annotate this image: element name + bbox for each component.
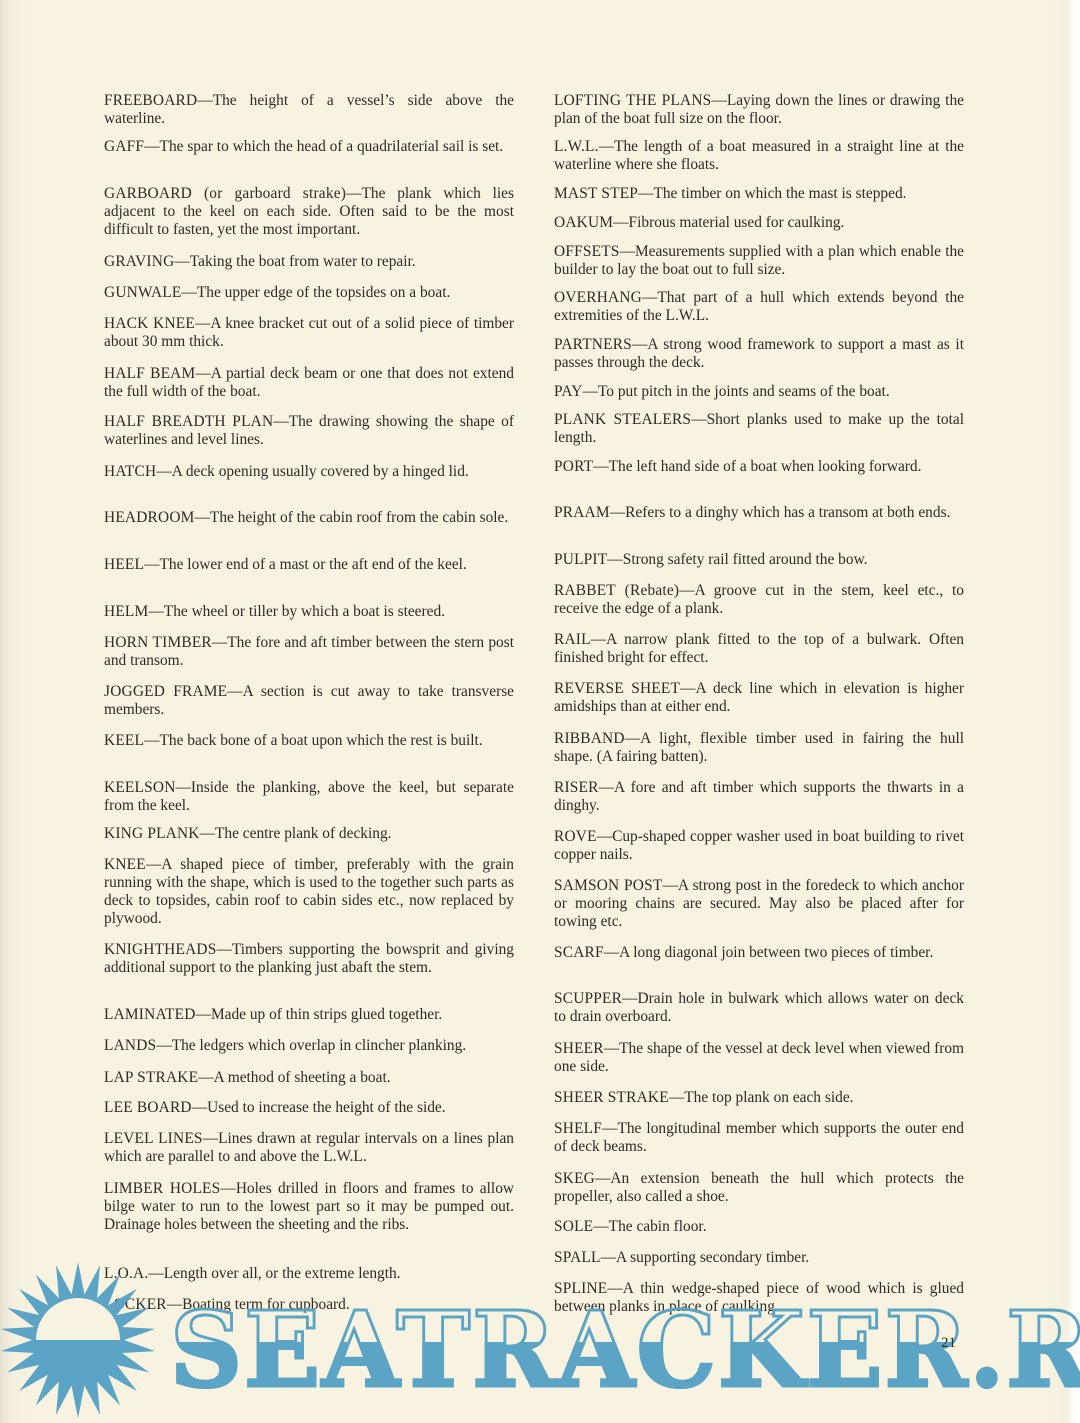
em-dash: — <box>148 603 163 620</box>
em-dash: — <box>638 185 653 202</box>
glossary-definition: To put pitch in the joints and seams of … <box>598 383 890 400</box>
glossary-term: RIBBAND <box>554 730 625 747</box>
glossary-entry: FREEBOARD—The height of a vessel’s side … <box>104 92 514 128</box>
em-dash: — <box>669 1089 684 1106</box>
glossary-term: RISER <box>554 779 599 796</box>
glossary-definition: The wheel or tiller by which a boat is s… <box>164 603 445 620</box>
glossary-definition: Refers to a dinghy which has a transom a… <box>625 504 950 521</box>
glossary-term: GUNWALE <box>104 284 181 301</box>
glossary-term: SPALL <box>554 1249 601 1266</box>
glossary-term: RAIL <box>554 631 591 648</box>
glossary-entry: L.O.A.—Length over all, or the extreme l… <box>104 1265 514 1283</box>
glossary-definition: Taking the boat from water to repair. <box>190 253 416 270</box>
glossary-definition: The height of the cabin roof from the ca… <box>210 509 508 526</box>
glossary-term: LIMBER HOLES <box>104 1180 220 1197</box>
glossary-definition: An extension beneath the hull which prot… <box>554 1170 964 1205</box>
book-page: FREEBOARD—The height of a vessel’s side … <box>0 0 1080 1423</box>
glossary-entry: SAMSON POST—A strong post in the foredec… <box>554 877 964 931</box>
em-dash: — <box>599 138 614 155</box>
em-dash: — <box>613 214 628 231</box>
glossary-entry: GAFF—The spar to which the head of a qua… <box>104 138 514 156</box>
em-dash: — <box>597 828 612 845</box>
glossary-entry: OVERHANG—That part of a hull which exten… <box>554 289 964 325</box>
em-dash: — <box>610 504 625 521</box>
glossary-entry: SOLE—The cabin floor. <box>554 1218 964 1236</box>
em-dash: — <box>195 315 210 332</box>
glossary-term: GAFF <box>104 138 144 155</box>
page-number: 21 <box>941 1335 956 1352</box>
em-dash: — <box>607 551 622 568</box>
glossary-entry: PARTNERS—A strong wood framework to supp… <box>554 336 964 372</box>
glossary-term: HACK KNEE <box>104 315 195 332</box>
glossary-term: KNEE <box>104 856 146 873</box>
glossary-definition: The ledgers which overlap in clincher pl… <box>172 1037 466 1054</box>
em-dash: — <box>593 458 608 475</box>
glossary-term: PULPIT <box>554 551 607 568</box>
glossary-term: SHELF <box>554 1120 602 1137</box>
glossary-term: SOLE <box>554 1218 593 1235</box>
em-dash: — <box>273 413 288 430</box>
glossary-entry: PULPIT—Strong safety rail fitted around … <box>554 551 964 569</box>
glossary-entry: SPALL—A supporting secondary timber. <box>554 1249 964 1267</box>
em-dash: — <box>680 680 695 697</box>
glossary-term: PARTNERS <box>554 336 632 353</box>
glossary-term: KEEL <box>104 732 144 749</box>
em-dash: — <box>144 138 159 155</box>
glossary-definition: Strong safety rail fitted around the bow… <box>623 551 868 568</box>
glossary-entry: OAKUM—Fibrous material used for caulking… <box>554 214 964 232</box>
glossary-entry: HEADROOM—The height of the cabin roof fr… <box>104 509 514 527</box>
glossary-term: PAY <box>554 383 583 400</box>
glossary-term: LAMINATED <box>104 1006 196 1023</box>
em-dash: — <box>632 336 647 353</box>
glossary-term: HALF BEAM <box>104 365 195 382</box>
glossary-entry: HELM—The wheel or tiller by which a boat… <box>104 603 514 621</box>
glossary-entry: SKEG—An extension beneath the hull which… <box>554 1170 964 1206</box>
em-dash: — <box>195 365 210 382</box>
em-dash: — <box>156 1037 171 1054</box>
glossary-definition: The cabin floor. <box>609 1218 707 1235</box>
em-dash: — <box>181 284 196 301</box>
em-dash: — <box>144 732 159 749</box>
glossary-term: SCARF <box>554 944 604 961</box>
glossary-term: SHEER STRAKE <box>554 1089 669 1106</box>
glossary-entry: SHELF—The longitudinal member which supp… <box>554 1120 964 1156</box>
em-dash: — <box>176 779 191 796</box>
em-dash: — <box>642 289 657 306</box>
glossary-entry: GARBOARD (or garboard strake)—The plank … <box>104 185 514 239</box>
glossary-term: KING PLANK <box>104 825 200 842</box>
glossary-entry: SCUPPER—Drain hole in bulwark which allo… <box>554 990 964 1026</box>
glossary-entry: MAST STEP—The timber on which the mast i… <box>554 185 964 203</box>
em-dash: — <box>662 877 677 894</box>
em-dash: — <box>583 383 598 400</box>
glossary-term: MAST STEP <box>554 185 638 202</box>
em-dash: — <box>595 1170 610 1187</box>
glossary-term: LAP STRAKE <box>104 1069 198 1086</box>
glossary-entry: LEVEL LINES—Lines drawn at regular inter… <box>104 1130 514 1166</box>
glossary-definition: A deck opening usually covered by a hing… <box>172 463 469 480</box>
glossary-definition: The timber on which the mast is stepped. <box>653 185 906 202</box>
glossary-entry: LOFTING THE PLANS—Laying down the lines … <box>554 92 964 128</box>
em-dash: — <box>195 509 210 526</box>
glossary-term: LANDS <box>104 1037 156 1054</box>
glossary-definition: The lower end of a mast or the aft end o… <box>160 556 467 573</box>
glossary-entry: HORN TIMBER—The fore and aft timber betw… <box>104 634 514 670</box>
em-dash: — <box>591 631 606 648</box>
glossary-term: PLANK STEALERS <box>554 411 691 428</box>
em-dash: — <box>198 1069 213 1086</box>
glossary-definition: Cup-shaped copper washer used in boat bu… <box>554 828 964 863</box>
em-dash: — <box>200 825 215 842</box>
em-dash: — <box>212 634 227 651</box>
glossary-definition: Fibrous material used for caulking. <box>629 214 845 231</box>
em-dash: — <box>346 185 361 202</box>
em-dash: — <box>601 1249 616 1266</box>
glossary-term: SAMSON POST <box>554 877 662 894</box>
glossary-entry: LEE BOARD—Used to increase the height of… <box>104 1099 514 1117</box>
glossary-entry: LIMBER HOLES—Holes drilled in floors and… <box>104 1180 514 1234</box>
glossary-term: REVERSE SHEET <box>554 680 680 697</box>
glossary-term: HATCH <box>104 463 156 480</box>
glossary-term: GRAVING <box>104 253 174 270</box>
glossary-term: OAKUM <box>554 214 613 231</box>
em-dash: — <box>146 856 161 873</box>
em-dash: — <box>620 243 635 260</box>
em-dash: — <box>625 730 640 747</box>
glossary-definition: The spar to which the head of a quadrila… <box>160 138 504 155</box>
glossary-entry: RIBBAND—A light, flexible timber used in… <box>554 730 964 766</box>
glossary-entry: RAIL—A narrow plank fitted to the top of… <box>554 631 964 667</box>
glossary-term: ROVE <box>554 828 597 845</box>
em-dash: — <box>593 1218 608 1235</box>
glossary-term: L.O.A. <box>104 1265 148 1282</box>
glossary-term: RABBET (Rebate) <box>554 582 679 599</box>
glossary-term: GARBOARD (or garboard strake) <box>104 185 346 202</box>
em-dash: — <box>227 683 242 700</box>
em-dash: — <box>604 1040 619 1057</box>
glossary-entry: GRAVING—Taking the boat from water to re… <box>104 253 514 271</box>
em-dash: — <box>144 556 159 573</box>
glossary-term: SHEER <box>554 1040 604 1057</box>
glossary-term: LOFTING THE PLANS <box>554 92 711 109</box>
glossary-term: HALF BREADTH PLAN <box>104 413 273 430</box>
glossary-entry: HATCH—A deck opening usually covered by … <box>104 463 514 481</box>
glossary-definition: A supporting secondary timber. <box>616 1249 809 1266</box>
glossary-entry: HALF BEAM—A partial deck beam or one tha… <box>104 365 514 401</box>
glossary-term: SCUPPER <box>554 990 622 1007</box>
glossary-entry: LANDS—The ledgers which overlap in clinc… <box>104 1037 514 1055</box>
glossary-entry: KNIGHTHEADS—Timbers supporting the bowsp… <box>104 941 514 977</box>
em-dash: — <box>679 582 694 599</box>
glossary-term: LOCKER <box>104 1296 167 1313</box>
glossary-entry: RISER—A fore and aft timber which suppor… <box>554 779 964 815</box>
em-dash: — <box>197 92 212 109</box>
glossary-entry: OFFSETS—Measurements supplied with a pla… <box>554 243 964 279</box>
glossary-definition: The back bone of a boat upon which the r… <box>160 732 483 749</box>
glossary-term: HEEL <box>104 556 144 573</box>
glossary-term: HORN TIMBER <box>104 634 212 651</box>
em-dash: — <box>602 1120 617 1137</box>
em-dash: — <box>599 779 614 796</box>
glossary-definition: The centre plank of decking. <box>215 825 392 842</box>
glossary-term: FREEBOARD <box>104 92 197 109</box>
em-dash: — <box>691 411 706 428</box>
em-dash: — <box>192 1099 207 1116</box>
glossary-entry: REVERSE SHEET—A deck line which in eleva… <box>554 680 964 716</box>
em-dash: — <box>604 944 619 961</box>
glossary-definition: A long diagonal join between two pieces … <box>619 944 933 961</box>
glossary-term: JOGGED FRAME <box>104 683 227 700</box>
em-dash: — <box>148 1265 163 1282</box>
glossary-definition: A fore and aft timber which supports the… <box>554 779 964 814</box>
em-dash: — <box>174 253 189 270</box>
glossary-definition: The top plank on each side. <box>684 1089 853 1106</box>
glossary-entry: KEEL—The back bone of a boat upon which … <box>104 732 514 750</box>
glossary-definition: The upper edge of the topsides on a boat… <box>197 284 450 301</box>
em-dash: — <box>711 92 726 109</box>
glossary-term: OFFSETS <box>554 243 620 260</box>
glossary-definition: The left hand side of a boat when lookin… <box>609 458 922 475</box>
glossary-definition: A shaped piece of timber, preferably wit… <box>104 856 514 927</box>
em-dash: — <box>156 463 171 480</box>
glossary-entry: KNEE—A shaped piece of timber, preferabl… <box>104 856 514 928</box>
glossary-term: SKEG <box>554 1170 595 1187</box>
glossary-term: OVERHANG <box>554 289 642 306</box>
glossary-term: HEADROOM <box>104 509 195 526</box>
glossary-entry: KING PLANK—The centre plank of decking. <box>104 825 514 843</box>
glossary-entry: SCARF—A long diagonal join between two p… <box>554 944 964 962</box>
glossary-definition: Made up of thin strips glued together. <box>211 1006 442 1023</box>
em-dash: — <box>217 941 232 958</box>
em-dash: — <box>622 990 637 1007</box>
glossary-entry: L.W.L.—The length of a boat measured in … <box>554 138 964 174</box>
glossary-entry: SHEER STRAKE—The top plank on each side. <box>554 1089 964 1107</box>
em-dash: — <box>220 1180 235 1197</box>
glossary-entry: ROVE—Cup-shaped copper washer used in bo… <box>554 828 964 864</box>
glossary-term: PORT <box>554 458 593 475</box>
glossary-definition: A narrow plank fitted to the top of a bu… <box>554 631 964 666</box>
glossary-entry: HACK KNEE—A knee bracket cut out of a so… <box>104 315 514 351</box>
glossary-term: HELM <box>104 603 148 620</box>
glossary-entry: KEELSON—Inside the planking, above the k… <box>104 779 514 815</box>
glossary-entry: PLANK STEALERS—Short planks used to make… <box>554 411 964 447</box>
glossary-definition: Length over all, or the extreme length. <box>164 1265 401 1282</box>
glossary-entry: LAMINATED—Made up of thin strips glued t… <box>104 1006 514 1024</box>
glossary-entry: GUNWALE—The upper edge of the topsides o… <box>104 284 514 302</box>
glossary-entry: PRAAM—Refers to a dinghy which has a tra… <box>554 504 964 522</box>
glossary-definition: The length of a boat measured in a strai… <box>554 138 964 173</box>
glossary-definition: A method of sheeting a boat. <box>214 1069 391 1086</box>
glossary-term: KNIGHTHEADS <box>104 941 217 958</box>
glossary-term: KEELSON <box>104 779 176 796</box>
glossary-term: L.W.L. <box>554 138 599 155</box>
glossary-entry: RABBET (Rebate)—A groove cut in the stem… <box>554 582 964 618</box>
glossary-entry: LAP STRAKE—A method of sheeting a boat. <box>104 1069 514 1087</box>
glossary-entry: PAY—To put pitch in the joints and seams… <box>554 383 964 401</box>
glossary-entry: HALF BREADTH PLAN—The drawing showing th… <box>104 413 514 449</box>
glossary-term: PRAAM <box>554 504 610 521</box>
glossary-entry: JOGGED FRAME—A section is cut away to ta… <box>104 683 514 719</box>
em-dash: — <box>203 1130 218 1147</box>
glossary-term: LEE BOARD <box>104 1099 192 1116</box>
glossary-entry: PORT—The left hand side of a boat when l… <box>554 458 964 476</box>
glossary-entry: SHEER—The shape of the vessel at deck le… <box>554 1040 964 1076</box>
glossary-term: LEVEL LINES <box>104 1130 203 1147</box>
em-dash: — <box>196 1006 211 1023</box>
glossary-entry: HEEL—The lower end of a mast or the aft … <box>104 556 514 574</box>
glossary-definition: Used to increase the height of the side. <box>207 1099 445 1116</box>
